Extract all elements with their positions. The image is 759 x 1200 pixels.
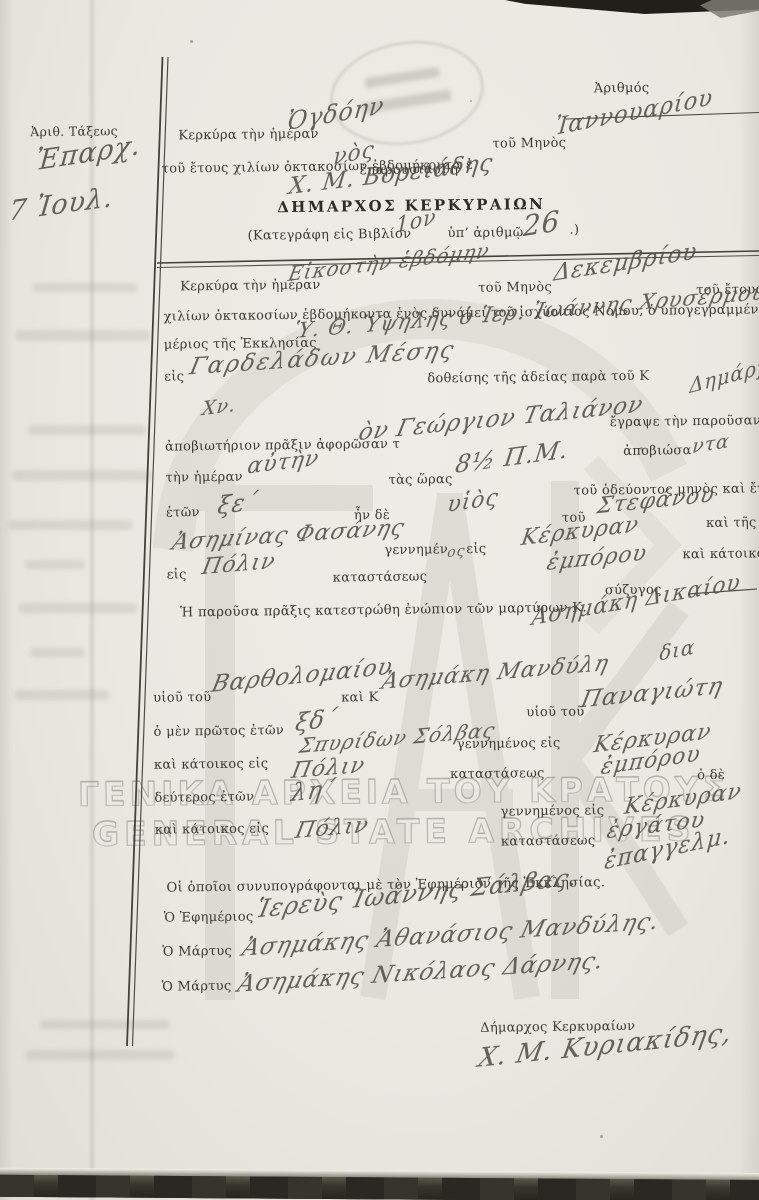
body-inline-witness-tail: δια bbox=[659, 634, 696, 665]
body-residence-entry: Πόλιν bbox=[200, 549, 278, 581]
body-day-label: τὴν ἡμέραν bbox=[165, 470, 242, 486]
header-mayor-signature: Χ. Μ. Βορειάδης bbox=[287, 150, 495, 201]
body-month-entry: Δεκεμβρίου bbox=[552, 238, 699, 287]
body-deceased-suffix-entry: ντα bbox=[691, 430, 731, 458]
register-close-label: .) bbox=[569, 223, 579, 238]
w2-age-entry: λη΄ bbox=[290, 774, 339, 807]
scan-edge-bottom bbox=[0, 1175, 759, 1200]
body-recorded-before-label: Ἡ παροῦσα πρᾶξις κατεστρώθη ἐνώπιον τῶν … bbox=[180, 600, 587, 620]
body-status-label: καταστάσεως bbox=[333, 569, 428, 585]
body-and-resident-label: καὶ κάτοικος bbox=[682, 546, 759, 562]
first-aged-label: ὁ μὲν πρῶτος ἐτῶν bbox=[154, 723, 285, 740]
w2-son-of-label: υἱοῦ τοῦ bbox=[526, 705, 584, 721]
body-licensor-entry: Δημάρχ. bbox=[689, 351, 759, 399]
body-age-entry: ξε΄ bbox=[216, 487, 260, 520]
body-aged-label: ἐτῶν bbox=[166, 505, 200, 520]
body-hours-entry: 8½ Π.Μ. bbox=[454, 435, 571, 479]
body-eis-label-3: εἰς bbox=[167, 567, 187, 582]
body-deceased-verb-label: ἀποβιώσα bbox=[623, 443, 692, 459]
body-day-entry: Εἰκοστὴν ἑβδόμην bbox=[286, 238, 492, 286]
body-eis-label-1: εἰς bbox=[164, 369, 184, 384]
priest-signature: Ἱερεὺς Ἰωάννης Σάλβας. bbox=[254, 863, 581, 924]
register-number-entry: 26 bbox=[523, 204, 561, 243]
w2-status-label: καταστάσεως bbox=[501, 833, 596, 849]
header-day-entry: Ὀγδόην bbox=[286, 91, 386, 136]
w1-status-label: καταστάσεως bbox=[450, 766, 545, 782]
priest-label: Ὁ Ἐφημέριος bbox=[164, 910, 254, 926]
w2-residence-entry: Πόλιν bbox=[293, 813, 371, 845]
w2-born-in-label: γεννημένος εἰς bbox=[501, 803, 605, 819]
body-license-label: δοθείσης τῆς ἀδείας παρὰ τοῦ Κ bbox=[427, 369, 649, 387]
scanned-death-record-page: ΓΕΝΙΚΑ ΑΡΧΕΙΑ ΤΟΥ ΚΡΑΤΟΥΣ GENERAL STATE … bbox=[0, 0, 759, 1200]
body-inline-witness-entry: Ἀσημάκη Δικαίου bbox=[530, 570, 742, 632]
w1-son-of-label: υἱοῦ τοῦ bbox=[153, 690, 211, 706]
taxeos-entry-2: 7 Ἰουλ. bbox=[7, 182, 115, 228]
witness1-label: Ὁ Μάρτυς bbox=[162, 944, 232, 960]
body-deceased-name-entry: ὸν Γεώργιον Ταλιάνον bbox=[356, 391, 646, 446]
w1-born-in-label: γεννημένος εἰς bbox=[457, 736, 561, 752]
body-son-entry: υἱὸς bbox=[446, 485, 500, 519]
body-gender-suffix-entry: ος bbox=[447, 543, 467, 561]
body-mother-entry: Ἀσημίνας Φασάνης bbox=[169, 515, 407, 555]
body-and-of-label: καὶ τῆς bbox=[706, 515, 757, 531]
w2-name-entry: Ἀσημάκη Μανδύλη bbox=[379, 651, 612, 695]
and-k-label: καὶ Κ bbox=[341, 690, 379, 705]
w2-father-entry: Παναγιώτη bbox=[578, 673, 725, 714]
arithmos-label: Ἀριθμός bbox=[594, 81, 650, 97]
w1-resident-label: καὶ κάτοικος εἰς bbox=[154, 756, 269, 772]
body-month-label: τοῦ Μηνὸς bbox=[478, 280, 552, 296]
body-chi-note-entry: Χν. bbox=[201, 394, 238, 420]
body-eis-label-2: εἰς bbox=[466, 542, 486, 557]
register-open-label: (Κατεγράφη εἰς Βιβλίον bbox=[247, 227, 411, 244]
second-aged-label: δεύτερος ἐτῶν bbox=[154, 790, 254, 806]
witness2-label: Ὁ Μάρτυς bbox=[162, 979, 232, 995]
body-hours-label: τὰς ὥρας bbox=[388, 472, 452, 488]
body-born-label: γεννημέν bbox=[384, 542, 448, 558]
w2-resident-label: καὶ κάτοικος εἰς bbox=[155, 821, 270, 837]
